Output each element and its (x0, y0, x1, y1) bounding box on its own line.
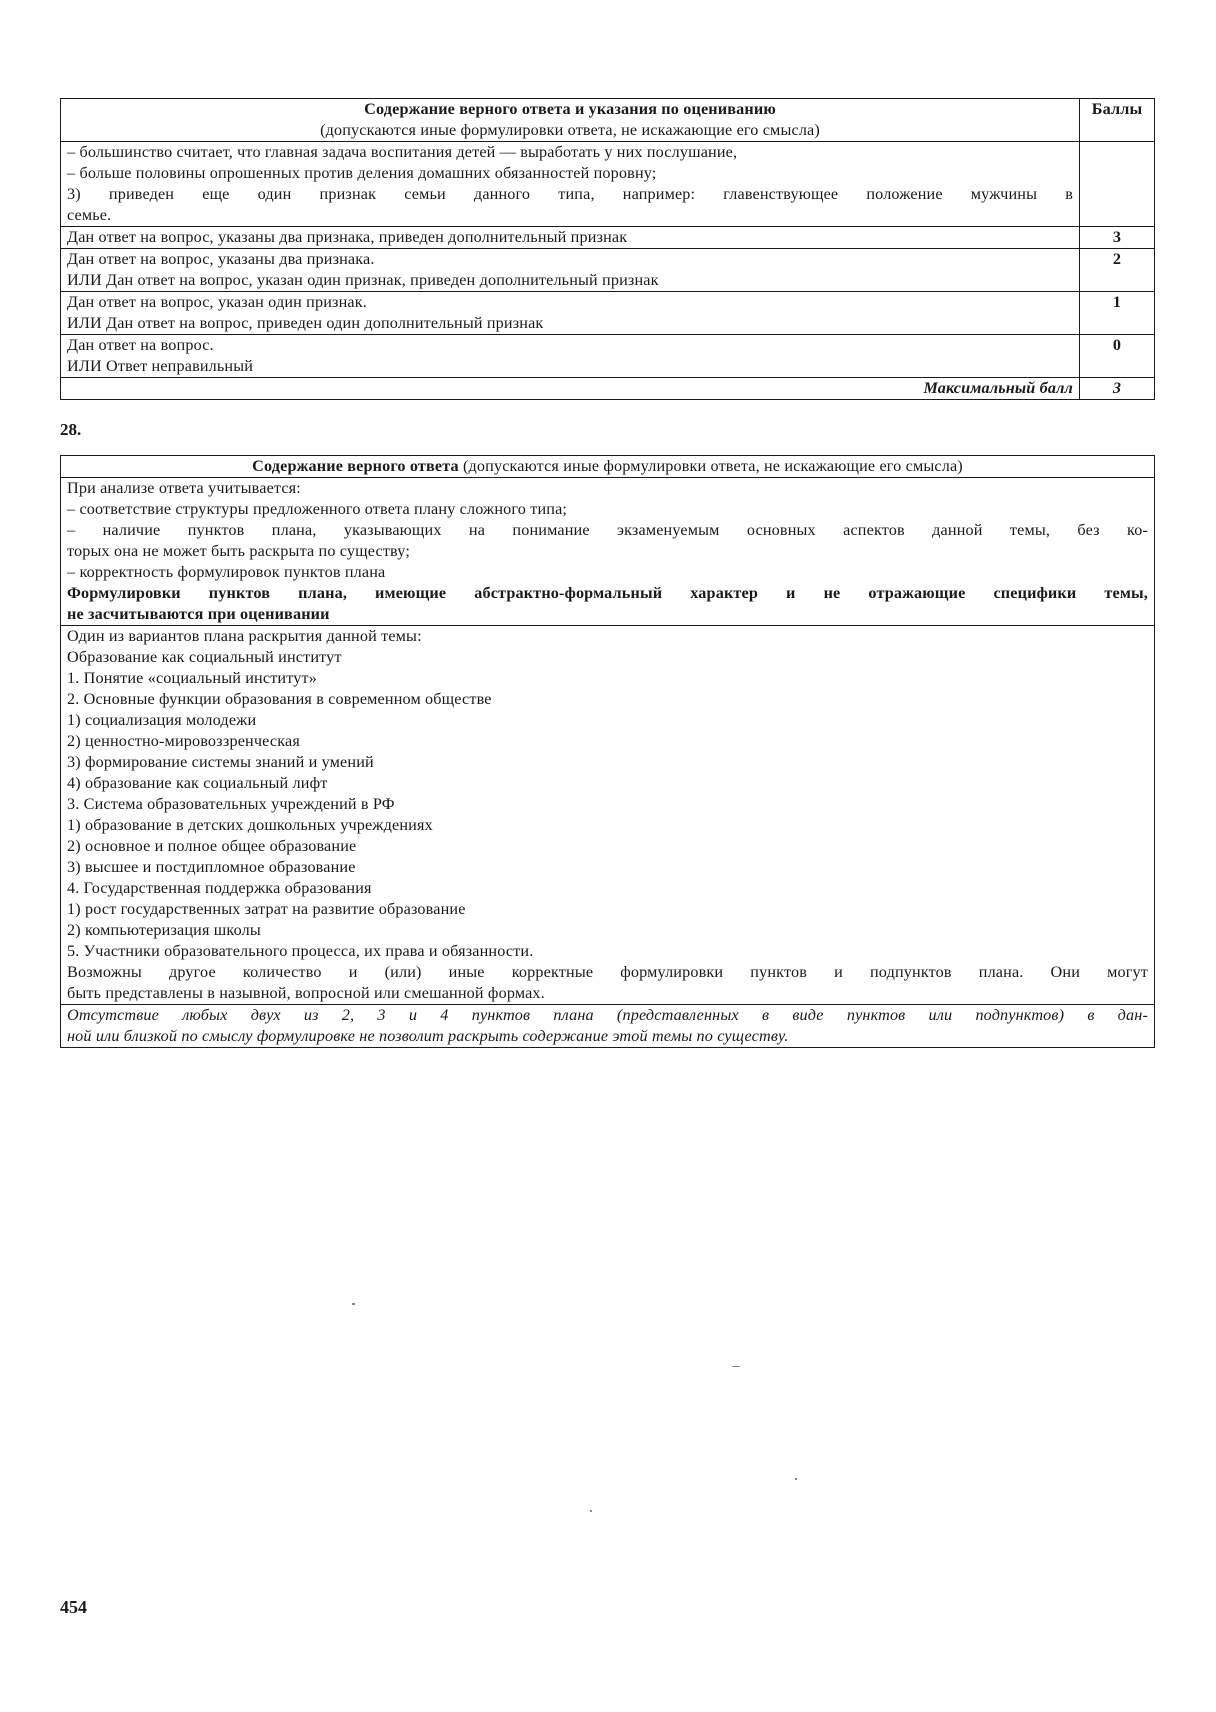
criteria-cell: Дан ответ на вопрос. ИЛИ Ответ неправиль… (61, 335, 1080, 378)
criteria-line: ИЛИ Ответ неправильный (67, 356, 1073, 377)
criteria-line: торых она не может быть раскрыта по суще… (67, 541, 1148, 562)
plan-line: 2. Основные функции образования в соврем… (67, 689, 1148, 710)
plan-line: 4. Государственная поддержка образования (67, 878, 1148, 899)
max-score-label: Максимальный балл (61, 378, 1080, 400)
max-score-value: 3 (1080, 378, 1155, 400)
plan-line: 2) компьютеризация школы (67, 920, 1148, 941)
criteria-line: Дан ответ на вопрос, указаны два признак… (67, 249, 1073, 270)
criteria-bold-line: Формулировки пунктов плана, имеющие абст… (67, 583, 1148, 604)
italic-note-cell: Отсутствие любых двух из 2, 3 и 4 пункто… (61, 1005, 1155, 1048)
table-header-row: Содержание верного ответа и указания по … (61, 99, 1155, 142)
plan-line: 1) образование в детских дошкольных учре… (67, 815, 1148, 836)
criteria-line: Дан ответ на вопрос. (67, 335, 1073, 356)
criteria-cell: Дан ответ на вопрос, указан один признак… (61, 292, 1080, 335)
italic-note-line: Отсутствие любых двух из 2, 3 и 4 пункто… (67, 1005, 1148, 1026)
table-row: Дан ответ на вопрос, указан один признак… (61, 292, 1155, 335)
score-header-cell: Баллы (1080, 99, 1155, 142)
content-line: – больше половины опрошенных против деле… (67, 163, 1073, 184)
task-number: 28. (60, 420, 81, 440)
criteria-line: ИЛИ Дан ответ на вопрос, указан один при… (67, 270, 1073, 291)
plan-line: 1) социализация молодежи (67, 710, 1148, 731)
criteria-line: Дан ответ на вопрос, указан один признак… (67, 292, 1073, 313)
answer-header-cell: Содержание верного ответа (допускаются и… (61, 456, 1155, 478)
scoring-table-1-wrapper: Содержание верного ответа и указания по … (60, 98, 1155, 400)
plan-note-line: Возможны другое количество и (или) иные … (67, 962, 1148, 983)
table-row: Дан ответ на вопрос. ИЛИ Ответ неправиль… (61, 335, 1155, 378)
plan-cell: Один из вариантов плана раскрытия данной… (61, 626, 1155, 1005)
criteria-line: – соответствие структуры предложенного о… (67, 499, 1148, 520)
scoring-table-1: Содержание верного ответа и указания по … (60, 98, 1155, 400)
plan-line: 1. Понятие «социальный институт» (67, 668, 1148, 689)
plan-line: 2) ценностно-мировоззренческая (67, 731, 1148, 752)
scan-speck (795, 1478, 797, 1480)
content-line: 3) приведен еще один признак семьи данно… (67, 184, 1073, 205)
score-cell: 3 (1080, 227, 1155, 249)
content-cell: – большинство считает, что главная задач… (61, 142, 1080, 227)
criteria-line: – корректность формулировок пунктов план… (67, 562, 1148, 583)
scan-speck (732, 1366, 740, 1367)
plan-line: 1) рост государственных затрат на развит… (67, 899, 1148, 920)
content-line: семье. (67, 205, 1073, 226)
plan-note-line: быть представлены в назывной, вопросной … (67, 983, 1148, 1004)
score-cell: 1 (1080, 292, 1155, 335)
table-header-row: Содержание верного ответа (допускаются и… (61, 456, 1155, 478)
criteria-line: – наличие пунктов плана, указывающих на … (67, 520, 1148, 541)
answer-table-2-wrapper: Содержание верного ответа (допускаются и… (60, 455, 1155, 1048)
header-rest-part: (допускаются иные формулировки ответа, н… (459, 457, 963, 475)
criteria-cell: Дан ответ на вопрос, указаны два признак… (61, 227, 1080, 249)
criteria-line: Дан ответ на вопрос, указаны два признак… (67, 227, 1073, 248)
criteria-line: ИЛИ Дан ответ на вопрос, приведен один д… (67, 313, 1073, 334)
criteria-bold-line: не засчитываются при оценивании (67, 604, 1148, 625)
scan-speck (590, 1510, 592, 1512)
table-row: Один из вариантов плана раскрытия данной… (61, 626, 1155, 1005)
header-title: Содержание верного ответа и указания по … (67, 99, 1073, 120)
content-line: – большинство считает, что главная задач… (67, 142, 1073, 163)
table-row: Отсутствие любых двух из 2, 3 и 4 пункто… (61, 1005, 1155, 1048)
header-subtitle: (допускаются иные формулировки ответа, н… (67, 120, 1073, 141)
header-bold-part: Содержание верного ответа (252, 457, 459, 475)
criteria-line: При анализе ответа учитывается: (67, 478, 1148, 499)
plan-line: 5. Участники образовательного процесса, … (67, 941, 1148, 962)
plan-line: 3. Система образовательных учреждений в … (67, 794, 1148, 815)
plan-line: Один из вариантов плана раскрытия данной… (67, 626, 1148, 647)
plan-line: 4) образование как социальный лифт (67, 773, 1148, 794)
content-header-cell: Содержание верного ответа и указания по … (61, 99, 1080, 142)
table-row: Дан ответ на вопрос, указаны два признак… (61, 249, 1155, 292)
criteria-cell: Дан ответ на вопрос, указаны два признак… (61, 249, 1080, 292)
score-cell: 2 (1080, 249, 1155, 292)
page-number: 454 (60, 1597, 87, 1618)
table-row: Дан ответ на вопрос, указаны два признак… (61, 227, 1155, 249)
plan-line: 2) основное и полное общее образование (67, 836, 1148, 857)
score-cell: 0 (1080, 335, 1155, 378)
scan-speck (352, 1303, 355, 1305)
italic-note-line: ной или близкой по смыслу формулировке н… (67, 1026, 1148, 1047)
answer-table-2: Содержание верного ответа (допускаются и… (60, 455, 1155, 1048)
plan-line: 3) формирование системы знаний и умений (67, 752, 1148, 773)
plan-line: 3) высшее и постдипломное образование (67, 857, 1148, 878)
max-score-row: Максимальный балл 3 (61, 378, 1155, 400)
plan-line: Образование как социальный институт (67, 647, 1148, 668)
table-row: При анализе ответа учитывается: – соотве… (61, 478, 1155, 626)
score-cell-empty (1080, 142, 1155, 227)
criteria-cell: При анализе ответа учитывается: – соотве… (61, 478, 1155, 626)
table-row: – большинство считает, что главная задач… (61, 142, 1155, 227)
